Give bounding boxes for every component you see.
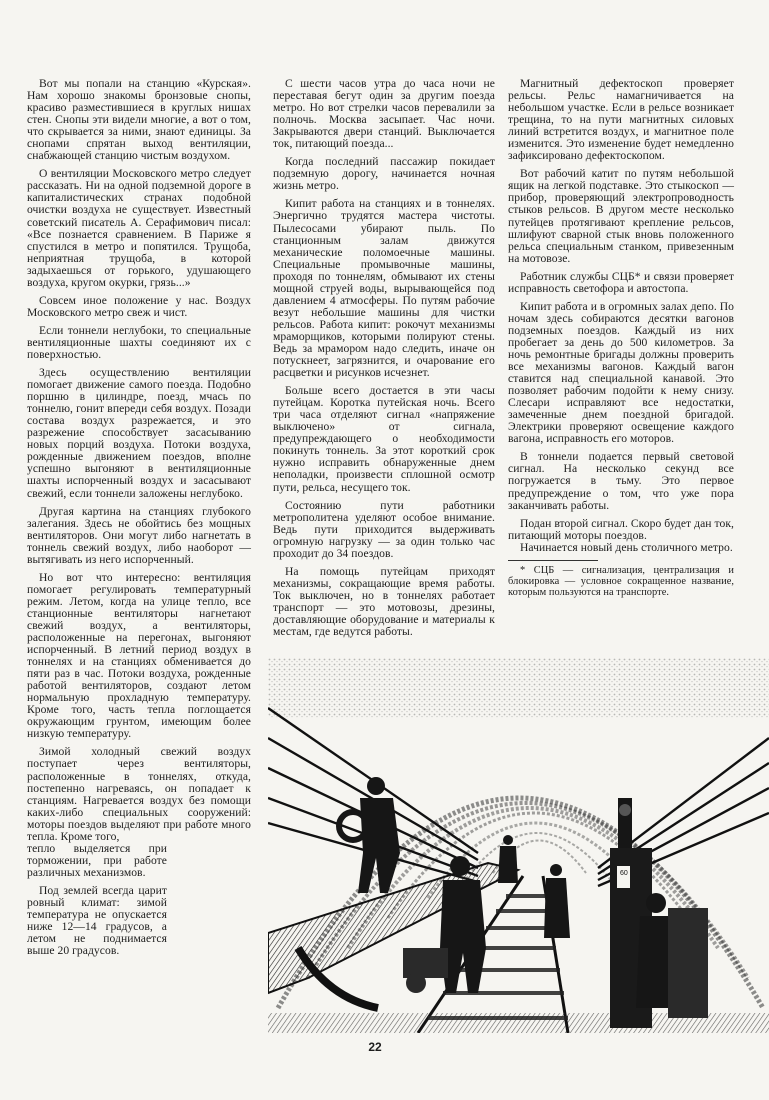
paragraph: Состоянию пути работники метрополитена у… [273, 500, 495, 560]
paragraph: В тоннели подается первый световой сигна… [508, 451, 734, 511]
paragraph: Работник службы СЦБ* и связи проверяет и… [508, 271, 734, 295]
footnote-divider [508, 560, 598, 561]
paragraph: Вот мы попали на станцию «Курская». Нам … [27, 78, 251, 162]
paragraph: На помощь путейцам приходят механизмы, с… [273, 566, 495, 638]
text-column-left: Вот мы попали на станцию «Курская». Нам … [27, 78, 251, 963]
narrow-text-block: тепло выделяется при торможении, при раб… [27, 843, 167, 957]
paragraph: Но вот что интересно: вентиляция помогае… [27, 572, 251, 741]
text-column-right: Магнитный дефектоскоп проверяет рельсы. … [508, 78, 734, 604]
paragraph-continuation: тепло выделяется при торможении, при раб… [27, 843, 167, 879]
magazine-page: Вот мы попали на станцию «Курская». Нам … [0, 0, 769, 1100]
footnote: * СЦБ — сигнализация, централизация и бл… [508, 565, 734, 598]
metro-tunnel-drawing-icon: 60 [268, 648, 769, 1033]
paragraph: Кипит работа на станциях и в тоннелях. Э… [273, 198, 495, 379]
paragraph: Совсем иное положение у нас. Воздух Моск… [27, 295, 251, 319]
paragraph: Кипит работа и в огромных залах депо. По… [508, 301, 734, 446]
paragraph: Под землей всегда царит ровный климат: з… [27, 885, 167, 957]
tunnel-illustration: 60 [268, 648, 769, 1033]
paragraph: О вентиляции Московского метро следует р… [27, 168, 251, 288]
paragraph: Здесь осуществлению вентиляции помогает … [27, 367, 251, 500]
paragraph: Подан второй сигнал. Скоро будет дан ток… [508, 518, 734, 542]
paragraph: Когда последний пассажир покидает подзем… [273, 156, 495, 192]
paragraph: С шести часов утра до часа ночи не перес… [273, 78, 495, 150]
svg-text:60: 60 [620, 870, 628, 877]
paragraph: Зимой холодный свежий воздух поступает ч… [27, 746, 251, 842]
paragraph: Больше всего достается в эти часы путейц… [273, 385, 495, 493]
paragraph: Другая картина на станциях глубокого зал… [27, 506, 251, 566]
text-column-middle: С шести часов утра до часа ночи не перес… [273, 78, 495, 644]
paragraph: Магнитный дефектоскоп проверяет рельсы. … [508, 78, 734, 162]
paragraph: Если тоннели неглубоки, то специальные в… [27, 325, 251, 361]
page-number: 22 [355, 1040, 395, 1054]
paragraph: Начинается новый день столичного метро. [508, 542, 734, 554]
paragraph: Вот рабочий катит по путям небольшой ящи… [508, 168, 734, 264]
